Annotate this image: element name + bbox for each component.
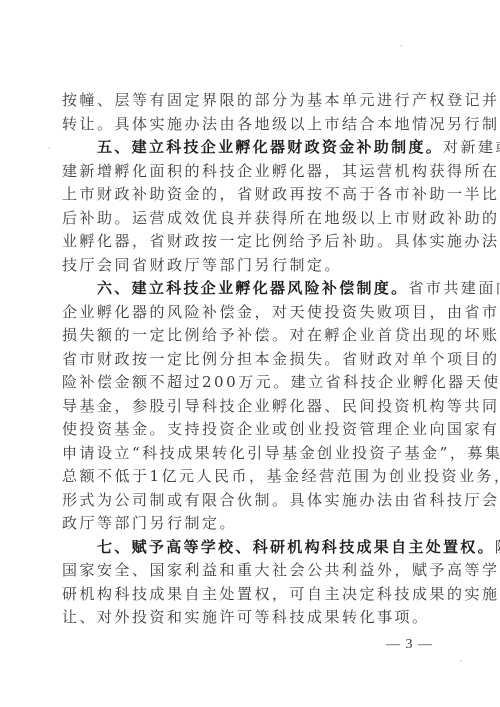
scan-speck bbox=[48, 147, 50, 149]
text-line: 导基金，参股引导科技企业孵化器、民间投资机构等共同组建天 bbox=[62, 395, 434, 419]
text-line: 转让。具体实施办法由各地级以上市结合本地情况另行制定。 bbox=[62, 113, 434, 137]
text-line: 研机构科技成果自主处置权，可自主决定科技成果的实施、转 bbox=[62, 583, 434, 607]
text-line: 企业孵化器的风险补偿金，对天使投资失败项目，由省市财政按 bbox=[62, 301, 434, 325]
line-text: 省市共建面向科技 bbox=[408, 279, 500, 297]
text-line: 形式为公司制或有限合伙制。具体实施办法由省科技厅会同省财 bbox=[62, 489, 434, 513]
scan-speck bbox=[400, 45, 402, 47]
section-heading-line: 六、建立科技企业孵化器风险补偿制度。省市共建面向科技 bbox=[62, 277, 434, 301]
line-text: 业孵化器，省财政按一定比例给予后补助。具体实施办法由省科 bbox=[62, 232, 500, 250]
text-line: 险补偿金额不超过200万元。建立省科技企业孵化器天使投资引 bbox=[62, 371, 434, 395]
scan-speck bbox=[470, 90, 472, 92]
line-text: 省市财政按一定比例分担本金损失。省财政对单个项目的本金风 bbox=[62, 350, 500, 368]
text-line: 使投资基金。支持投资企业或创业投资管理企业向国家有关部门 bbox=[62, 418, 434, 442]
line-text: 国家安全、国家利益和重大社会公共利益外，赋予高等学校、科 bbox=[62, 561, 500, 579]
line-text: 建新增孵化面积的科技企业孵化器，其运营机构获得所在地级以 bbox=[62, 162, 500, 180]
line-text: 除涉及 bbox=[495, 538, 500, 556]
line-text: 上市财政补助资金的，省财政再按不高于各市补助一半比例给予 bbox=[62, 185, 500, 203]
text-line: 业孵化器，省财政按一定比例给予后补助。具体实施办法由省科 bbox=[62, 230, 434, 254]
section-heading: 六、建立科技企业孵化器风险补偿制度。 bbox=[97, 279, 408, 297]
line-text: 企业孵化器的风险补偿金，对天使投资失败项目，由省市财政按 bbox=[62, 303, 500, 321]
line-text: 损失额的一定比例给予补偿。对在孵企业首贷出现的坏账项目， bbox=[62, 326, 500, 344]
text-line: 让、对外投资和实施许可等科技成果转化事项。 bbox=[62, 606, 434, 630]
line-text: 形式为公司制或有限合伙制。具体实施办法由省科技厅会同省财 bbox=[62, 491, 500, 509]
line-text: 险补偿金额不超过200万元。建立省科技企业孵化器天使投资引 bbox=[62, 373, 500, 391]
section-heading-line: 五、建立科技企业孵化器财政资金补助制度。对新建或改扩 bbox=[62, 136, 434, 160]
line-text: 使投资基金。支持投资企业或创业投资管理企业向国家有关部门 bbox=[62, 420, 500, 438]
line-text: 申请设立“科技成果转化引导基金创业投资子基金”，募集资金 bbox=[62, 444, 500, 462]
line-text: 总额不低于1亿元人民币，基金经营范围为创业投资业务，组织 bbox=[62, 467, 500, 485]
line-text: 对新建或改扩 bbox=[443, 138, 500, 156]
text-line: 总额不低于1亿元人民币，基金经营范围为创业投资业务，组织 bbox=[62, 465, 434, 489]
text-line: 按幢、层等有固定界限的部分为基本单元进行产权登记并出租或 bbox=[62, 89, 434, 113]
body-text: 按幢、层等有固定界限的部分为基本单元进行产权登记并出租或 转让。具体实施办法由各… bbox=[62, 89, 434, 630]
line-text: 技厅会同省财政厅等部门另行制定。 bbox=[62, 256, 342, 274]
text-line: 省市财政按一定比例分担本金损失。省财政对单个项目的本金风 bbox=[62, 348, 434, 372]
line-text: 研机构科技成果自主处置权，可自主决定科技成果的实施、转 bbox=[62, 585, 500, 603]
section-heading: 七、赋予高等学校、科研机构科技成果自主处置权。 bbox=[97, 538, 495, 556]
line-text: 转让。具体实施办法由各地级以上市结合本地情况另行制定。 bbox=[62, 115, 500, 133]
text-line: 国家安全、国家利益和重大社会公共利益外，赋予高等学校、科 bbox=[62, 559, 434, 583]
text-line: 上市财政补助资金的，省财政再按不高于各市补助一半比例给予 bbox=[62, 183, 434, 207]
text-line: 技厅会同省财政厅等部门另行制定。 bbox=[62, 254, 434, 278]
page-number: — 3 — bbox=[386, 636, 433, 654]
line-text: 导基金，参股引导科技企业孵化器、民间投资机构等共同组建天 bbox=[62, 397, 500, 415]
line-text: 后补助。运营成效优良并获得所在地级以上市财政补助的科技企 bbox=[62, 209, 500, 227]
line-text: 让、对外投资和实施许可等科技成果转化事项。 bbox=[62, 608, 430, 626]
text-line: 政厅等部门另行制定。 bbox=[62, 512, 434, 536]
document-page: 按幢、层等有固定界限的部分为基本单元进行产权登记并出租或 转让。具体实施办法由各… bbox=[0, 0, 500, 707]
section-heading-line: 七、赋予高等学校、科研机构科技成果自主处置权。除涉及 bbox=[62, 536, 434, 560]
text-line: 建新增孵化面积的科技企业孵化器，其运营机构获得所在地级以 bbox=[62, 160, 434, 184]
line-text: 按幢、层等有固定界限的部分为基本单元进行产权登记并出租或 bbox=[62, 91, 500, 109]
line-text: 政厅等部门另行制定。 bbox=[62, 514, 237, 532]
scan-speck bbox=[460, 660, 462, 662]
text-line: 后补助。运营成效优良并获得所在地级以上市财政补助的科技企 bbox=[62, 207, 434, 231]
text-line: 申请设立“科技成果转化引导基金创业投资子基金”，募集资金 bbox=[62, 442, 434, 466]
text-line: 损失额的一定比例给予补偿。对在孵企业首贷出现的坏账项目， bbox=[62, 324, 434, 348]
section-heading: 五、建立科技企业孵化器财政资金补助制度。 bbox=[97, 138, 443, 156]
